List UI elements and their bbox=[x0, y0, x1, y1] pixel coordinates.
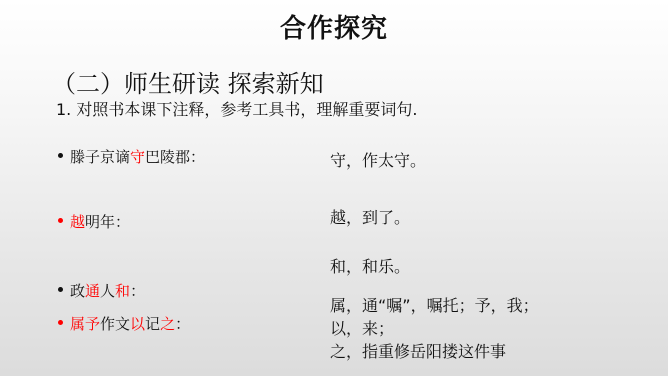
highlight-segment: 以 bbox=[130, 315, 145, 333]
text-segment: 明年： bbox=[85, 213, 130, 231]
text-segment: 巴陵郡： bbox=[145, 148, 205, 166]
bullet-icon bbox=[58, 153, 63, 158]
instruction-text: 1. 对照书本课下注释，参考工具书，理解重要词句. bbox=[56, 97, 417, 120]
text-segment: ： bbox=[175, 315, 190, 333]
highlight-segment: 通 bbox=[85, 282, 100, 300]
bullet-icon bbox=[58, 287, 63, 292]
explanation-2: 越，到了。 bbox=[330, 207, 410, 228]
text-segment: 作文 bbox=[100, 315, 130, 333]
left-item-4: 属予作文以记之： bbox=[58, 313, 190, 334]
text-segment: 滕子京谪 bbox=[70, 148, 130, 166]
bullet-icon bbox=[58, 320, 63, 325]
left-item-3: 政通人和： bbox=[58, 280, 145, 301]
bullet-icon bbox=[58, 218, 63, 223]
highlight-segment: 守 bbox=[130, 148, 145, 166]
highlight-segment: 属予 bbox=[70, 315, 100, 333]
explanation-6: 之，指重修岳阳搂这件事 bbox=[330, 341, 506, 362]
highlight-segment: 越 bbox=[70, 213, 85, 231]
left-item-1: 滕子京谪守巴陵郡： bbox=[58, 146, 205, 167]
left-item-2: 越明年： bbox=[58, 211, 130, 232]
text-segment: 记 bbox=[145, 315, 160, 333]
highlight-segment: 和 bbox=[115, 282, 130, 300]
explanation-3: 和，和乐。 bbox=[330, 256, 410, 277]
text-segment: ： bbox=[130, 282, 145, 300]
explanation-1: 守，作太守。 bbox=[330, 150, 426, 171]
highlight-segment: 之 bbox=[160, 315, 175, 333]
text-segment: 政 bbox=[70, 282, 85, 300]
text-segment: 人 bbox=[100, 282, 115, 300]
slide-title: 合作探究 bbox=[0, 8, 668, 45]
explanation-4: 属，通“嘱”，嘱托；予，我； bbox=[330, 295, 539, 316]
section-subtitle: （二）师生研读 探索新知 bbox=[52, 64, 324, 99]
explanation-5: 以，来； bbox=[330, 318, 394, 339]
